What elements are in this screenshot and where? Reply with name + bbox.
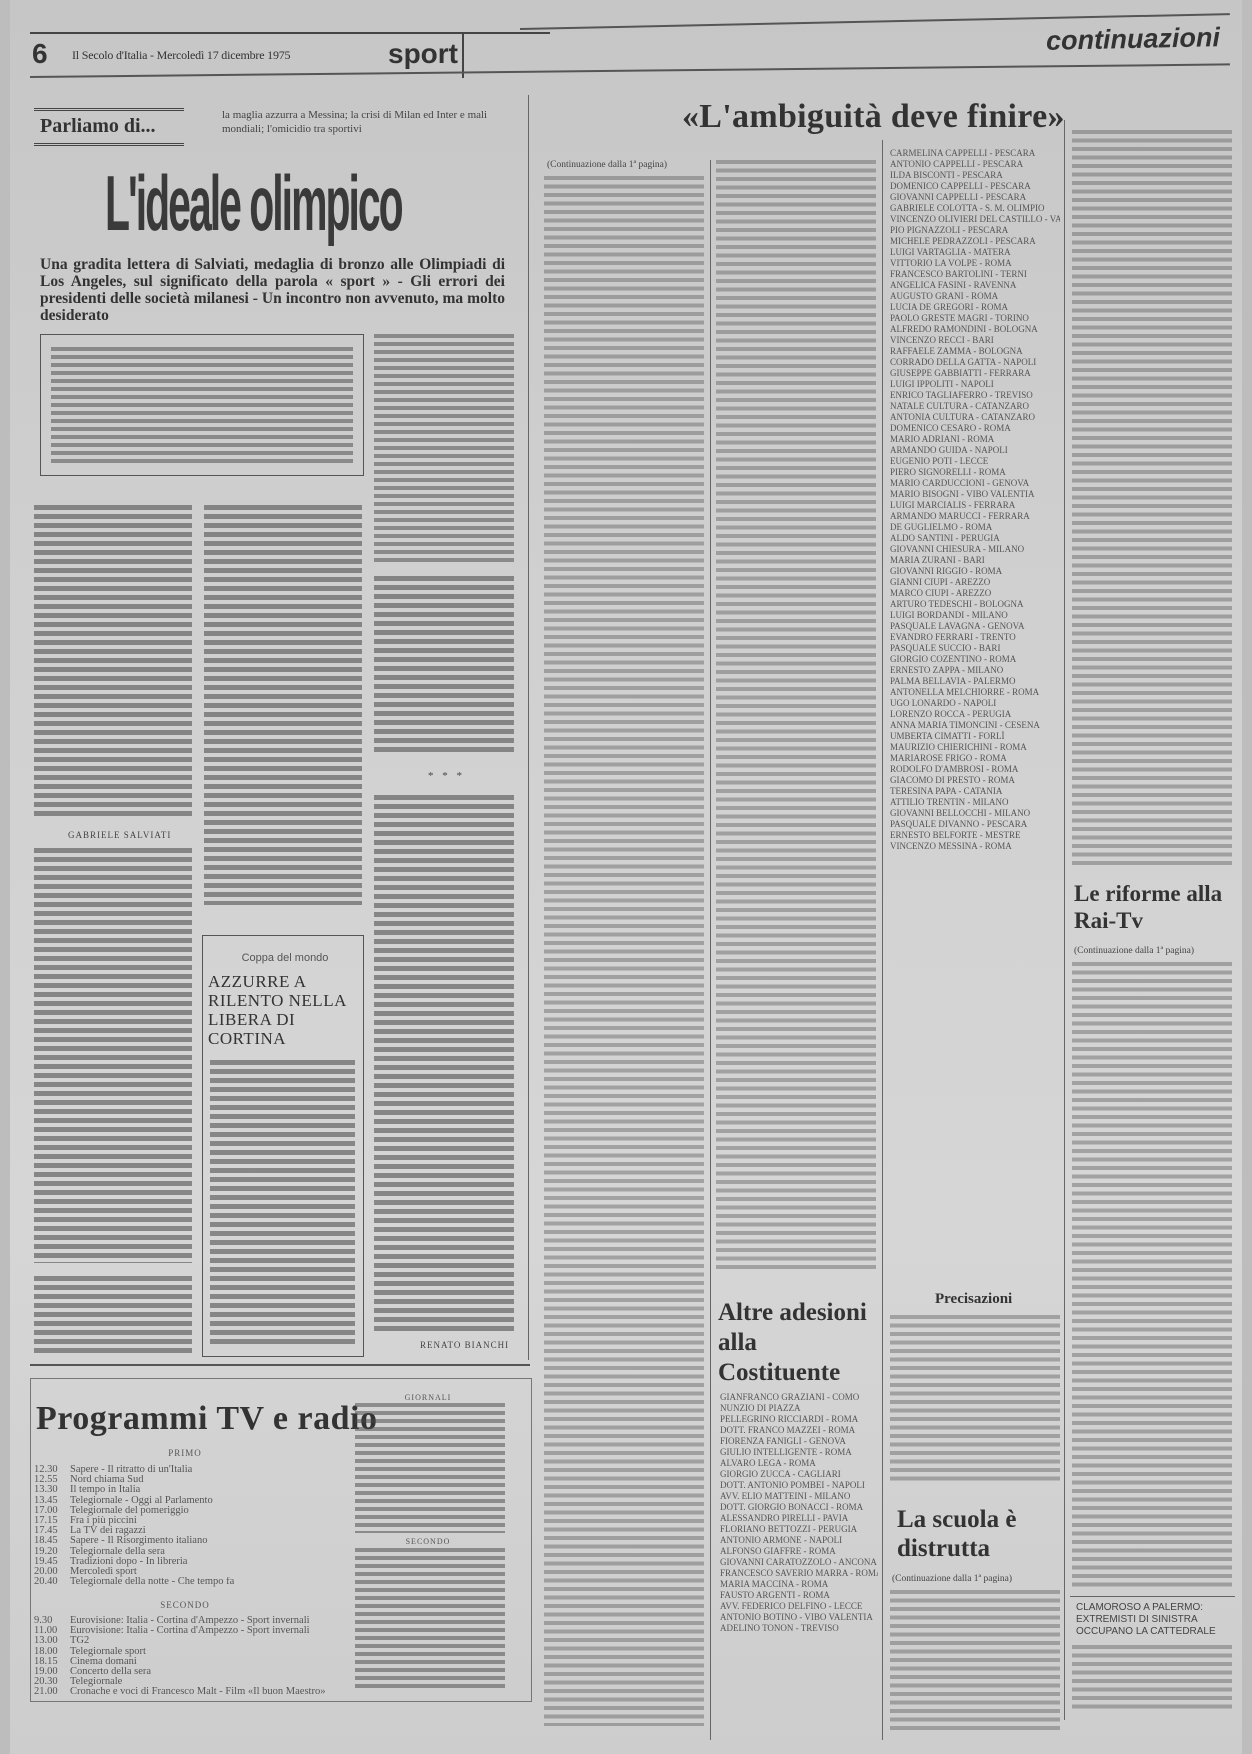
name-entry: LUIGI BORDANDI - Milano	[890, 610, 1060, 621]
masthead: 6 Il Secolo d'Italia - Mercoledì 17 dice…	[20, 32, 1235, 78]
kicker-label: Parliamo di...	[34, 111, 184, 142]
programme-row: 20.00Mercoledì sport	[34, 1567, 334, 1577]
name-entry: ARMANDO GUIDA - Napoli	[890, 445, 1060, 456]
name-entry: ALFONSO GIAFFRE - Roma	[720, 1546, 878, 1557]
programme-list: 9.30Eurovisione: Italia - Cortina d'Ampe…	[34, 1616, 334, 1698]
name-entry: ERNESTO ZAPPA - Milano	[890, 665, 1060, 676]
page-number: 6	[32, 38, 48, 70]
column-rule	[528, 95, 529, 1360]
name-entry: LUIGI IPPOLITI - Napoli	[890, 379, 1060, 390]
programme-title: Eurovisione: Italia - Cortina d'Ampezzo …	[70, 1616, 310, 1626]
article-column	[374, 795, 514, 1335]
name-entry: ANTONIO ARMONE - Napoli	[720, 1535, 878, 1546]
name-entry: DOTT. GIORGIO BONACCI - Roma	[720, 1502, 878, 1513]
programme-time: 13.30	[34, 1485, 64, 1495]
article-column	[374, 576, 514, 756]
section-separator: * * *	[428, 770, 465, 782]
name-entry: MARIA ZURANI - Bari	[890, 555, 1060, 566]
name-entry: CORRADO DELLA GATTA - Napoli	[890, 357, 1060, 368]
name-entry: DE GUGLIELMO - Roma	[890, 522, 1060, 533]
name-entry: ARTURO TEDESCHI - Bologna	[890, 599, 1060, 610]
article-column	[34, 1276, 192, 1356]
riforme-column	[1072, 130, 1232, 865]
name-entry: VINCENZO MESSINA - Roma	[890, 841, 1060, 852]
programme-title: Telegiornale	[70, 1677, 122, 1687]
section-label-sport: sport	[388, 38, 458, 70]
programme-title: Eurovisione: Italia - Cortina d'Ampezzo …	[70, 1626, 310, 1636]
name-entry: GIORGIO ZUCCA - Cagliari	[720, 1469, 878, 1480]
scuola-text	[890, 1590, 1060, 1730]
name-entry: DOTT. FRANCO MAZZEI - Roma	[720, 1425, 878, 1436]
name-entry: FRANCESCO BARTOLINI - Terni	[890, 269, 1060, 280]
name-entry: PALMA BELLAVIA - Palermo	[890, 676, 1060, 687]
precisazioni-headline: Precisazioni	[935, 1291, 1012, 1308]
name-entry: RODOLFO D'AMBROSI - Roma	[890, 764, 1060, 775]
programme-time: 20.40	[34, 1577, 64, 1587]
name-entry: AVV. FEDERICO DELFINO - Lecce	[720, 1601, 878, 1612]
radio-schedule	[355, 1403, 505, 1533]
name-entry: TERESINA PAPA - Catania	[890, 786, 1060, 797]
programme-time: 19.20	[34, 1547, 64, 1557]
name-entry: GABRIELE COLOTTA - S. M. Olimpio	[890, 203, 1060, 214]
article-column	[34, 505, 192, 820]
programme-time: 20.00	[34, 1567, 64, 1577]
name-entry: PELLEGRINO RICCIARDI - Roma	[720, 1414, 878, 1425]
programme-title: La TV dei ragazzi	[70, 1526, 146, 1536]
programme-title: Mercoledì sport	[70, 1567, 137, 1577]
programme-row: 21.00Cronache e voci di Francesco Malt -…	[34, 1687, 334, 1697]
name-entry: FAUSTO ARGENTI - Roma	[720, 1590, 878, 1601]
name-entry: LORENZO ROCCA - Perugia	[890, 709, 1060, 720]
name-entry: FIORENZA FANIGLI - Genova	[720, 1436, 878, 1447]
name-entry: GIULIO INTELLIGENTE - Roma	[720, 1447, 878, 1458]
tv-headline: Programmi TV e radio	[36, 1400, 377, 1438]
ambiguita-column	[716, 160, 876, 1270]
name-entry: GIACOMO DI PRESTO - Roma	[890, 775, 1060, 786]
masthead-rule	[30, 32, 550, 34]
programme-title: Telegiornale della sera	[70, 1547, 165, 1557]
name-entry: FLORIANO BETTOZZI - Perugia	[720, 1524, 878, 1535]
channel-label: PRIMO	[40, 1448, 330, 1458]
name-entry: MICHELE PEDRAZZOLI - Pescara	[890, 236, 1060, 247]
name-entry: LUCIA DE GREGORI - Roma	[890, 302, 1060, 313]
programme-row: 11.00Eurovisione: Italia - Cortina d'Amp…	[34, 1626, 334, 1636]
programme-list: 12.30Sapere - Il ritratto di un'Italia12…	[34, 1465, 334, 1587]
name-entry: ALVARO LEGA - Roma	[720, 1458, 878, 1469]
name-entry: UGO LONARDO - Napoli	[890, 698, 1060, 709]
name-entry: ENRICO TAGLIAFERRO - Treviso	[890, 390, 1060, 401]
name-entry: ANTONIA CULTURA - Catanzaro	[890, 412, 1060, 423]
ambiguita-headline: «L'ambiguità deve finire»	[682, 98, 1065, 136]
programme-time: 17.15	[34, 1516, 64, 1526]
name-entry: MARIA MACCINA - Roma	[720, 1579, 878, 1590]
name-entry: ERNESTO BELFORTE - Mestre	[890, 830, 1060, 841]
altre-adesioni-headline: Altre adesioni alla Costituente	[718, 1298, 868, 1388]
name-entry: ALESSANDRO PIRELLI - Pavia	[720, 1513, 878, 1524]
article-headline: L'ideale olimpico	[105, 160, 402, 249]
programme-time: 12.55	[34, 1475, 64, 1485]
name-entry: ILDA BISCONTI - Pescara	[890, 170, 1060, 181]
radio-schedule	[355, 1548, 505, 1688]
programme-time: 12.30	[34, 1465, 64, 1475]
riforme-headline: Le riforme alla Rai-Tv	[1074, 880, 1224, 934]
name-entry: EVANDRO FERRARI - Trento	[890, 632, 1060, 643]
name-entry: PIO PIGNAZZOLI - Pescara	[890, 225, 1060, 236]
article-deck: Una gradita lettera di Salviati, medagli…	[40, 256, 505, 324]
name-entry: GIORGIO COZENTINO - Roma	[890, 654, 1060, 665]
programme-title: Fra i più piccini	[70, 1516, 137, 1526]
name-entry: ANGELICA FASINI - Ravenna	[890, 280, 1060, 291]
article-column	[204, 505, 362, 905]
name-entry: AVV. ELIO MATTEINI - Milano	[720, 1491, 878, 1502]
ambiguita-column	[544, 176, 704, 1726]
name-entry: NUNZIO DI PIAZZA	[720, 1403, 878, 1414]
name-entry: PIERO SIGNORELLI - Roma	[890, 467, 1060, 478]
programme-title: Cinema domani	[70, 1657, 137, 1667]
programme-row: 18.45Sapere - Il Risorgimento italiano	[34, 1536, 334, 1546]
names-list: GIANFRANCO GRAZIANI - ComoNUNZIO DI PIAZ…	[720, 1392, 878, 1742]
programme-time: 18.45	[34, 1536, 64, 1546]
name-entry: DOMENICO CESARO - Roma	[890, 423, 1060, 434]
programme-title: Telegiornale della notte - Che tempo fa	[70, 1577, 234, 1587]
programme-row: 13.00TG2	[34, 1636, 334, 1646]
programme-time: 11.00	[34, 1626, 64, 1636]
name-entry: ANTONIO BOTINO - Vibo Valentia	[720, 1612, 878, 1623]
coppa-text	[210, 1060, 355, 1345]
name-entry: ANTONELLA MELCHIORRE - Roma	[890, 687, 1060, 698]
coppa-label: Coppa del mondo	[210, 952, 360, 964]
section-label-continuazioni: continuazioni	[1046, 22, 1221, 57]
programme-time: 13.45	[34, 1496, 64, 1506]
programme-row: 18.15Cinema domani	[34, 1657, 334, 1667]
name-entry: ANNA MARIA TIMONCINI - Cesena	[890, 720, 1060, 731]
programme-title: TG2	[70, 1636, 89, 1646]
names-list: CARMELINA CAPPELLI - PescaraANTONIO CAPP…	[890, 148, 1060, 1248]
name-entry: MARIO ADRIANI - Roma	[890, 434, 1060, 445]
coppa-headline: AZZURRE A RILENTO NELLA LIBERA DI CORTIN…	[208, 972, 358, 1048]
name-entry: PASQUALE DIVANNO - Pescara	[890, 819, 1060, 830]
programme-time: 18.00	[34, 1647, 64, 1657]
name-entry: MARCO CIUPI - Arezzo	[890, 588, 1060, 599]
programme-title: Sapere - Il Risorgimento italiano	[70, 1536, 207, 1546]
name-entry: GIANNI CIUPI - Arezzo	[890, 577, 1060, 588]
radio-heading: GIORNALI	[353, 1393, 503, 1402]
letter-box	[40, 334, 364, 476]
name-entry: MARIAROSE FRIGO - Roma	[890, 753, 1060, 764]
radio-heading: SECONDO	[353, 1537, 503, 1546]
kicker-box: Parliamo di...	[34, 108, 184, 146]
programme-title: Tradizioni dopo - In libreria	[70, 1557, 187, 1567]
name-entry: VINCENZO OLIVIERI DEL CASTILLO - Vasto	[890, 214, 1060, 225]
name-entry: DOMENICO CAPPELLI - Pescara	[890, 181, 1060, 192]
programme-title: Nord chiama Sud	[70, 1475, 144, 1485]
name-entry: GIANFRANCO GRAZIANI - Como	[720, 1392, 878, 1403]
column-rule	[1064, 120, 1065, 1720]
name-entry: PASQUALE LAVAGNA - Genova	[890, 621, 1060, 632]
palermo-box-title: CLAMOROSO A PALERMO: Extremisti di sinis…	[1076, 1602, 1226, 1638]
name-entry: AUGUSTO GRANI - Roma	[890, 291, 1060, 302]
programme-title: Telegiornale - Oggi al Parlamento	[70, 1496, 213, 1506]
name-entry: EUGENIO POTI - Lecce	[890, 456, 1060, 467]
name-entry: MARIO BISOGNI - Vibo Valentia	[890, 489, 1060, 500]
programme-time: 21.00	[34, 1687, 64, 1697]
programme-row: 12.55Nord chiama Sud	[34, 1475, 334, 1485]
name-entry: GIOVANNI CAPPELLI - Pescara	[890, 192, 1060, 203]
programme-row: 20.30Telegiornale	[34, 1677, 334, 1687]
programme-title: Concerto della sera	[70, 1667, 151, 1677]
section-rule	[30, 1364, 530, 1366]
name-entry: VITTORIO LA VOLPE - Roma	[890, 258, 1060, 269]
programme-time: 19.45	[34, 1557, 64, 1567]
name-entry: VINCENZO RECCI - Bari	[890, 335, 1060, 346]
letter-text	[51, 347, 353, 465]
dateline: Il Secolo d'Italia - Mercoledì 17 dicemb…	[72, 48, 290, 63]
name-entry: PASQUALE SUCCIO - Bari	[890, 643, 1060, 654]
programme-row: 13.30Il tempo in Italia	[34, 1485, 334, 1495]
programme-row: 18.00Telegiornale sport	[34, 1647, 334, 1657]
name-entry: MAURIZIO CHIERICHINI - Roma	[890, 742, 1060, 753]
programme-row: 17.15Fra i più piccini	[34, 1516, 334, 1526]
programme-time: 17.00	[34, 1506, 64, 1516]
name-entry: UMBERTA CIMATTI - Forlì	[890, 731, 1060, 742]
programme-row: 19.45Tradizioni dopo - In libreria	[34, 1557, 334, 1567]
masthead-rule	[30, 63, 1230, 78]
programme-row: 13.45Telegiornale - Oggi al Parlamento	[34, 1496, 334, 1506]
programme-time: 20.30	[34, 1677, 64, 1687]
programme-time: 17.45	[34, 1526, 64, 1536]
programme-row: 9.30Eurovisione: Italia - Cortina d'Ampe…	[34, 1616, 334, 1626]
kicker-teaser: la maglia azzurra a Messina; la crisi di…	[222, 108, 512, 136]
box-rule	[1070, 1596, 1235, 1597]
programme-row: 19.00Concerto della sera	[34, 1667, 334, 1677]
programme-title: Telegiornale sport	[70, 1647, 146, 1657]
name-entry: NATALE CULTURA - Catanzaro	[890, 401, 1060, 412]
name-entry: ATTILIO TRENTIN - Milano	[890, 797, 1060, 808]
programme-title: Il tempo in Italia	[70, 1485, 140, 1495]
programme-row: 12.30Sapere - Il ritratto di un'Italia	[34, 1465, 334, 1475]
programme-time: 13.00	[34, 1636, 64, 1646]
programme-row: 17.45La TV dei ragazzi	[34, 1526, 334, 1536]
name-entry: ARMANDO MARUCCI - Ferrara	[890, 511, 1060, 522]
continuation-note: (Continuazione dalla 1ª pagina)	[892, 1574, 1012, 1584]
article-column	[374, 334, 514, 564]
name-entry: ADELINO TONON - Treviso	[720, 1623, 878, 1634]
name-entry: LUIGI VARTAGLIA - Matera	[890, 247, 1060, 258]
author-byline: RENATO BIANCHI	[420, 1340, 509, 1350]
precisazioni-text	[890, 1315, 1060, 1485]
signature: GABRIELE SALVIATI	[68, 830, 171, 840]
name-entry: CARMELINA CAPPELLI - Pescara	[890, 148, 1060, 159]
name-entry: GIOVANNI CHIESURA - Milano	[890, 544, 1060, 555]
name-entry: GIOVANNI BELLOCCHI - Milano	[890, 808, 1060, 819]
name-entry: MARIO CARDUCCIONI - Genova	[890, 478, 1060, 489]
name-entry: GIOVANNI CARATOZZOLO - Ancona	[720, 1557, 878, 1568]
programme-time: 19.00	[34, 1667, 64, 1677]
name-entry: ALFREDO RAMONDINI - Bologna	[890, 324, 1060, 335]
riforme-column	[1072, 962, 1232, 1587]
programme-title: Sapere - Il ritratto di un'Italia	[70, 1465, 192, 1475]
name-entry: GIOVANNI RIGGIO - Roma	[890, 566, 1060, 577]
name-entry: DOTT. ANTONIO POMBEI - Napoli	[720, 1480, 878, 1491]
continuation-note: (Continuazione dalla 1ª pagina)	[1074, 946, 1194, 956]
programme-title: Telegiornale del pomeriggio	[70, 1506, 189, 1516]
column-rule	[882, 140, 883, 1740]
palermo-box-text	[1072, 1645, 1232, 1710]
programme-row: 19.20Telegiornale della sera	[34, 1547, 334, 1557]
programme-time: 18.15	[34, 1657, 64, 1667]
name-entry: ALDO SANTINI - Perugia	[890, 533, 1060, 544]
name-entry: ANTONIO CAPPELLI - Pescara	[890, 159, 1060, 170]
programme-title: Cronache e voci di Francesco Malt - Film…	[70, 1687, 325, 1697]
programme-row: 20.40Telegiornale della notte - Che temp…	[34, 1577, 334, 1587]
programme-time: 9.30	[34, 1616, 64, 1626]
name-entry: PAOLO GRESTE MAGRI - Torino	[890, 313, 1060, 324]
channel-label: SECONDO	[40, 1600, 330, 1610]
name-entry: RAFFAELE ZAMMA - Bologna	[890, 346, 1060, 357]
name-entry: LUIGI MARCIALIS - Ferrara	[890, 500, 1060, 511]
name-entry: GIUSEPPE GABBIATTI - Ferrara	[890, 368, 1060, 379]
scuola-headline: La scuola è distrutta	[897, 1505, 1047, 1563]
article-column	[34, 848, 192, 1263]
name-entry: FRANCESCO SAVERIO MARRA - Roma	[720, 1568, 878, 1579]
column-rule	[710, 160, 711, 1740]
programme-row: 17.00Telegiornale del pomeriggio	[34, 1506, 334, 1516]
continuation-note: (Continuazione dalla 1ª pagina)	[547, 160, 667, 170]
newspaper-page: 6 Il Secolo d'Italia - Mercoledì 17 dice…	[10, 0, 1242, 1754]
